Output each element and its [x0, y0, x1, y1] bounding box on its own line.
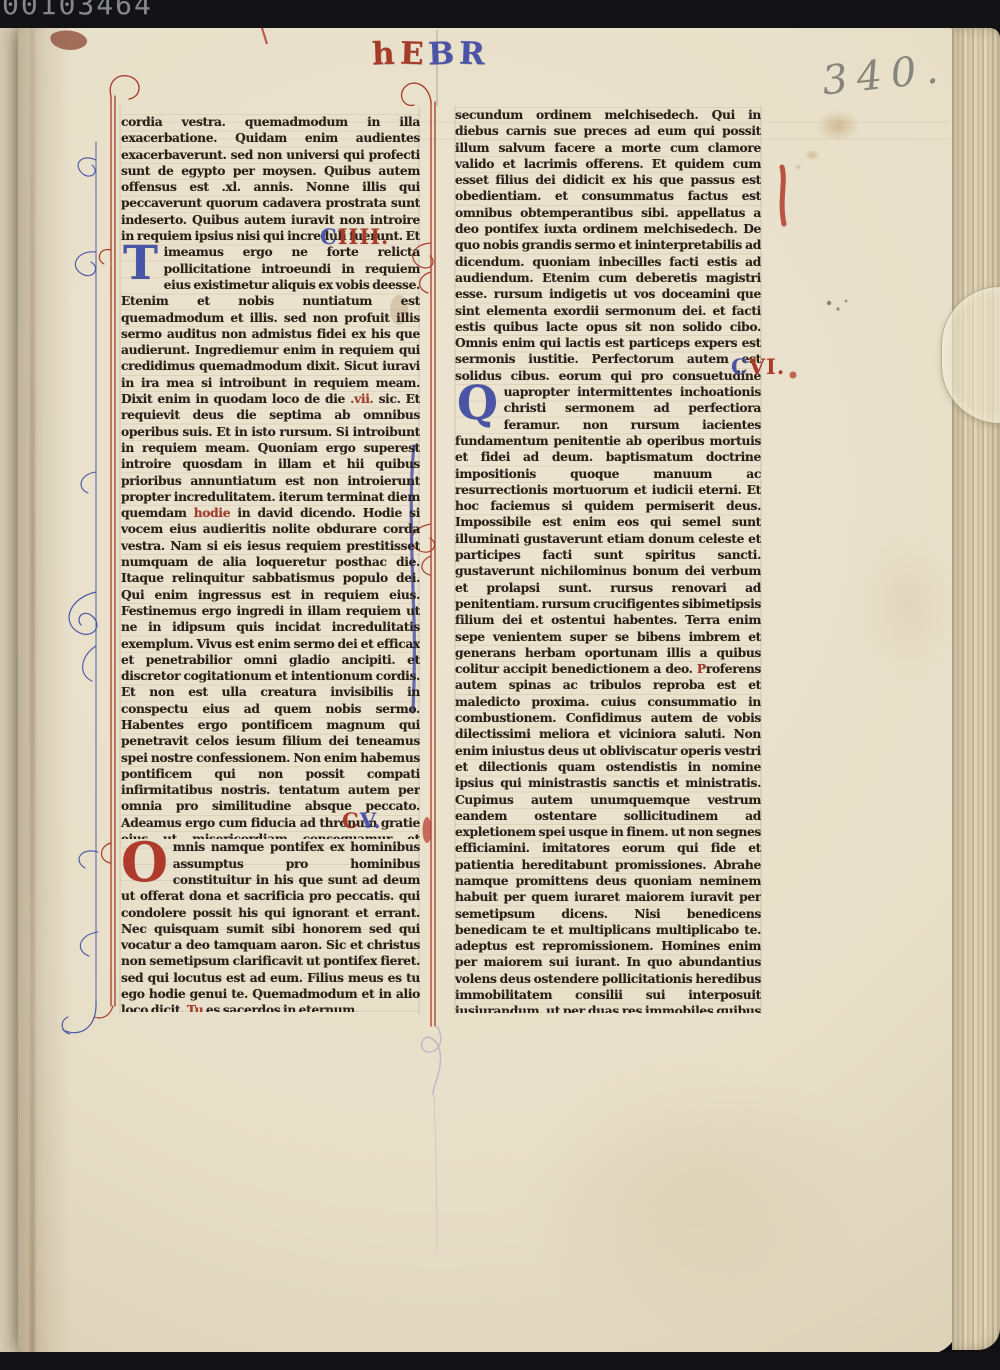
text-segment: roferens autem spinas ac tribulos reprob…	[455, 661, 761, 1013]
manuscript-paragraph: Omnis namque pontifex ex hominibus assum…	[121, 839, 420, 1012]
chapter-numeral-4: CIIII.	[320, 224, 389, 249]
chapter-initial-O: O	[121, 839, 173, 883]
running-title-letter: B	[428, 35, 460, 72]
rubricated-text-segment: .vii.	[350, 391, 378, 406]
fore-edge-page-stack	[952, 28, 1000, 1350]
text-segment: uapropter intermittentes inchoationis ch…	[455, 384, 761, 676]
manuscript-paragraph: secundum ordinem melchisedech. Qui in di…	[455, 107, 761, 384]
manuscript-photograph: hEBR 340. cordia vestra. quemadmodum in …	[0, 0, 1000, 1370]
scan-border-top: 00103464	[0, 0, 1000, 28]
text-segment: es sacerdos in eternum.	[203, 1002, 359, 1012]
rubricated-text-segment: hodie	[194, 505, 238, 520]
text-segment: imeamus ergo ne forte relicta pollicitat…	[121, 244, 420, 406]
manuscript-paragraph: Quapropter intermittentes inchoationis c…	[455, 384, 761, 1013]
rubricated-text-segment: P	[697, 661, 706, 676]
running-title-letter: E	[399, 36, 429, 73]
running-title-letter: h	[371, 36, 400, 73]
catalog-number: 00103464	[2, 0, 153, 21]
running-title: hEBR	[372, 36, 490, 72]
text-segment: secundum ordinem melchisedech. Qui in di…	[455, 107, 761, 384]
chapter-numeral-5: CV.	[342, 808, 382, 833]
chapter-initial-T: T	[121, 244, 164, 281]
chapter-initial-Q: Q	[455, 384, 504, 421]
manuscript-paragraph: Timeamus ergo ne forte relicta pollicita…	[121, 244, 420, 839]
text-column-right: secundum ordinem melchisedech. Qui in di…	[455, 107, 761, 1013]
gutter-crease	[30, 26, 35, 1354]
chapter-numeral-6: CVI.	[731, 354, 785, 379]
rubricated-text-segment: Tu	[187, 1002, 203, 1012]
text-segment: in david dicendo. Hodie si vocem eius au…	[121, 505, 420, 839]
text-segment: sic. Et requievit deus die septima ab om…	[121, 391, 420, 520]
scan-border-bottom	[0, 1352, 1000, 1370]
running-title-letter: R	[459, 35, 491, 72]
